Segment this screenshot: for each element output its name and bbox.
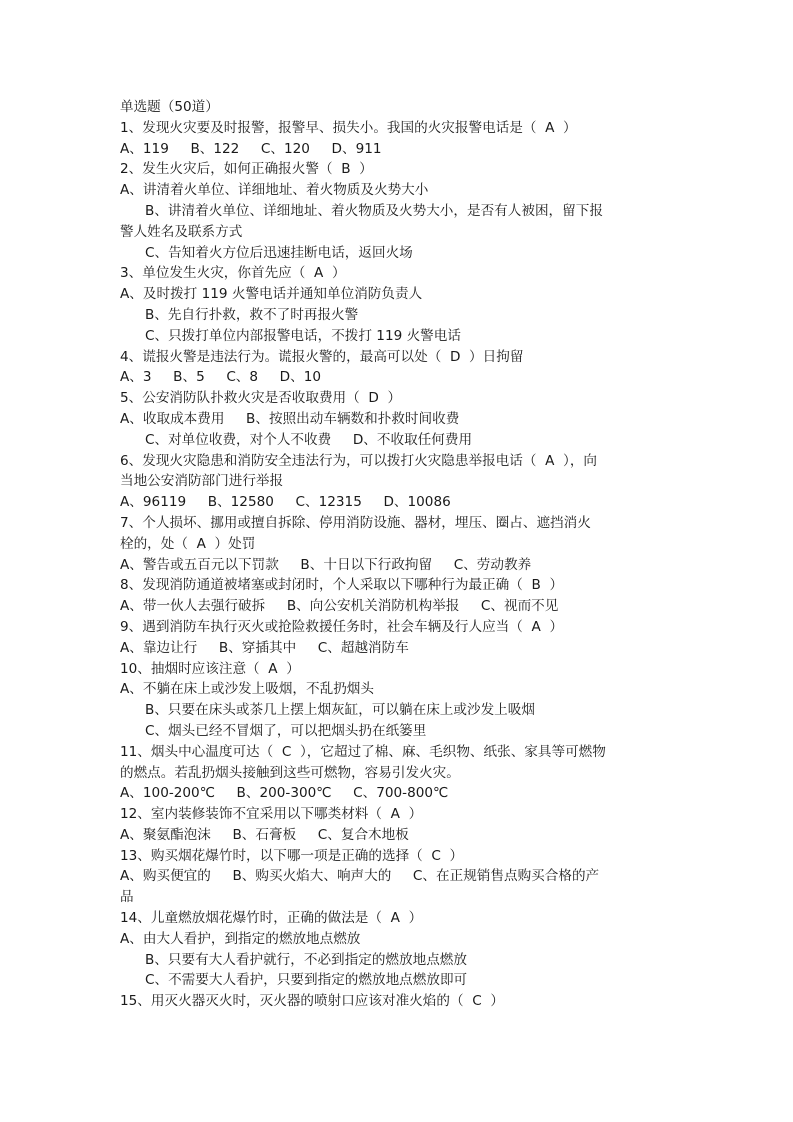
question-8-options: A、带一伙人去强行破拆 B、向公安机关消防机构举报 C、视而不见 xyxy=(120,596,680,617)
question-13-options: A、购买便宜的 B、购买火焰大、响声大的 C、在正规销售点购买合格的产 xyxy=(120,866,680,887)
question-15-stem: 15、用灭火器灭火时，灭火器的喷射口应该对准火焰的（ C ） xyxy=(120,991,680,1012)
question-2-option-a: A、讲清着火单位、详细地址、着火物质及火势大小 xyxy=(120,180,680,201)
question-4-options: A、3 B、5 C、8 D、10 xyxy=(120,367,680,388)
question-11-options: A、100-200℃ B、200-300℃ C、700-800℃ xyxy=(120,783,680,804)
question-6-stem: 6、发现火灾隐患和消防安全违法行为，可以拨打火灾隐患举报电话（ A ），向 xyxy=(120,451,680,472)
question-3-option-a: A、及时拨打 119 火警电话并通知单位消防负责人 xyxy=(120,284,680,305)
question-14-option-c: C、不需要大人看护，只要到指定的燃放地点燃放即可 xyxy=(120,970,680,991)
question-1-options: A、119 B、122 C、120 D、911 xyxy=(120,139,680,160)
question-11-stem-continued: 的燃点。若乱扔烟头接触到这些可燃物，容易引发火灾。 xyxy=(120,763,680,784)
question-2-stem: 2、发生火灾后，如何正确报火警（ B ） xyxy=(120,159,680,180)
section-heading: 单选题（50道） xyxy=(120,97,680,118)
question-1-stem: 1、发现火灾要及时报警，报警早、损失小。我国的火灾报警电话是（ A ） xyxy=(120,118,680,139)
question-7-options: A、警告或五百元以下罚款 B、十日以下行政拘留 C、劳动教养 xyxy=(120,555,680,576)
question-3-option-c: C、只拨打单位内部报警电话，不拨打 119 火警电话 xyxy=(120,326,680,347)
question-14-option-a: A、由大人看护，到指定的燃放地点燃放 xyxy=(120,929,680,950)
question-3-option-b: B、先自行扑救，救不了时再报火警 xyxy=(120,305,680,326)
question-13-stem: 13、购买烟花爆竹时，以下哪一项是正确的选择（ C ） xyxy=(120,846,680,867)
question-3-stem: 3、单位发生火灾，你首先应（ A ） xyxy=(120,263,680,284)
question-9-stem: 9、遇到消防车执行灭火或抢险救援任务时，社会车辆及行人应当（ A ） xyxy=(120,617,680,638)
question-10-stem: 10、抽烟时应该注意（ A ） xyxy=(120,659,680,680)
question-10-option-b: B、只要在床头或茶几上摆上烟灰缸，可以躺在床上或沙发上吸烟 xyxy=(120,700,680,721)
question-14-option-b: B、只要有大人看护就行，不必到指定的燃放地点燃放 xyxy=(120,950,680,971)
question-11-stem: 11、烟头中心温度可达（ C ），它超过了棉、麻、毛织物、纸张、家具等可燃物 xyxy=(120,742,680,763)
question-9-options: A、靠边让行 B、穿插其中 C、超越消防车 xyxy=(120,638,680,659)
question-8-stem: 8、发现消防通道被堵塞或封闭时，个人采取以下哪种行为最正确（ B ） xyxy=(120,575,680,596)
question-5-options-ab: A、收取成本费用 B、按照出动车辆数和扑救时间收费 xyxy=(120,409,680,430)
question-7-stem-continued: 栓的，处（ A ）处罚 xyxy=(120,534,680,555)
question-6-stem-continued: 当地公安消防部门进行举报 xyxy=(120,471,680,492)
question-10-option-a: A、不躺在床上或沙发上吸烟，不乱扔烟头 xyxy=(120,679,680,700)
question-4-stem: 4、谎报火警是违法行为。谎报火警的，最高可以处（ D ）日拘留 xyxy=(120,347,680,368)
question-10-option-c: C、烟头已经不冒烟了，可以把烟头扔在纸篓里 xyxy=(120,721,680,742)
question-12-stem: 12、室内装修装饰不宜采用以下哪类材料（ A ） xyxy=(120,804,680,825)
question-2-option-b: B、讲清着火单位、详细地址、着火物质及火势大小，是否有人被困，留下报 xyxy=(120,201,680,222)
document-page: 单选题（50道） 1、发现火灾要及时报警，报警早、损失小。我国的火灾报警电话是（… xyxy=(120,97,680,1012)
question-5-stem: 5、公安消防队扑救火灾是否收取费用（ D ） xyxy=(120,388,680,409)
question-2-option-c: C、告知着火方位后迅速挂断电话，返回火场 xyxy=(120,243,680,264)
question-6-options: A、96119 B、12580 C、12315 D、10086 xyxy=(120,492,680,513)
question-7-stem: 7、个人损坏、挪用或擅自拆除、停用消防设施、器材，埋压、圈占、遮挡消火 xyxy=(120,513,680,534)
question-2-option-b-continued: 警人姓名及联系方式 xyxy=(120,222,680,243)
question-14-stem: 14、儿童燃放烟花爆竹时，正确的做法是（ A ） xyxy=(120,908,680,929)
question-13-options-continued: 品 xyxy=(120,887,680,908)
question-12-options: A、聚氨酯泡沫 B、石膏板 C、复合木地板 xyxy=(120,825,680,846)
question-5-options-cd: C、对单位收费，对个人不收费 D、不收取任何费用 xyxy=(120,430,680,451)
